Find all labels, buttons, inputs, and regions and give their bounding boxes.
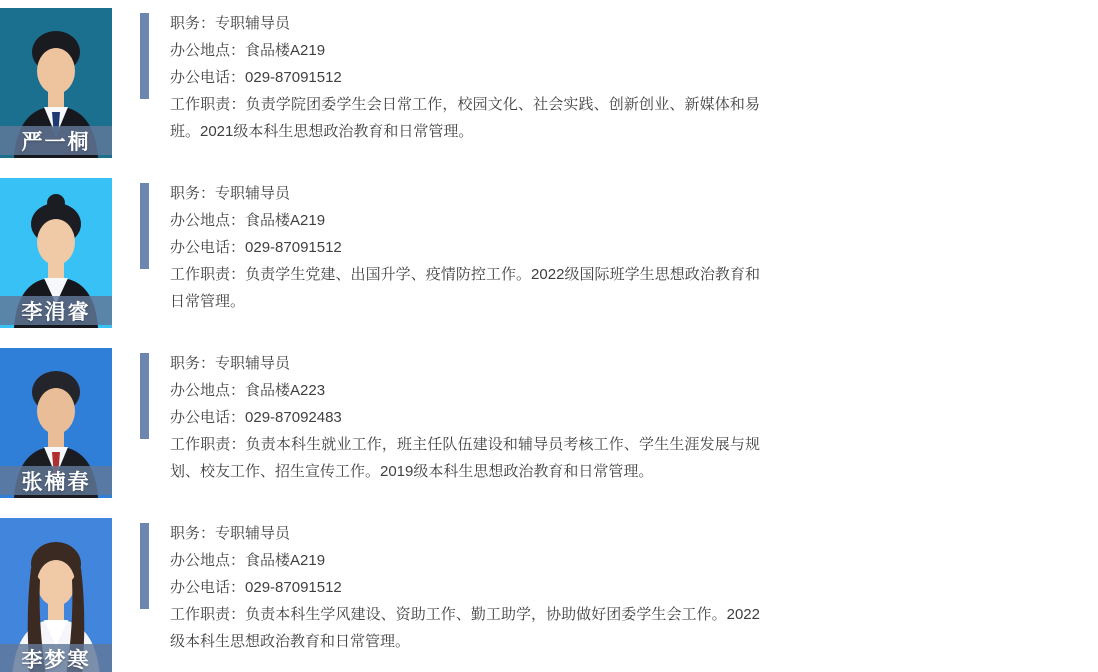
position-value: 专职辅导员 <box>215 355 290 372</box>
office-value: 食品楼A223 <box>245 382 325 399</box>
position-value: 专职辅导员 <box>215 525 290 542</box>
office-label: 办公地点： <box>170 552 245 569</box>
office-line: 办公地点：食品楼A219 <box>170 547 760 574</box>
phone-line: 办公电话：029-87092483 <box>170 404 760 431</box>
duty-value: 负责学生党建、出国升学、疫情防控工作。2022级国际班学生思想政治教育和日常管理… <box>170 266 760 310</box>
position-line: 职务：专职辅导员 <box>170 350 760 377</box>
staff-row: 李梦寒 职务：专职辅导员 办公地点：食品楼A219 办公电话：029-87091… <box>0 518 1098 672</box>
phone-label: 办公电话： <box>170 69 245 86</box>
staff-name: 张楠春 <box>0 466 112 495</box>
phone-line: 办公电话：029-87091512 <box>170 234 760 261</box>
phone-label: 办公电话： <box>170 579 245 596</box>
staff-photo: 李梦寒 <box>0 518 112 672</box>
staff-info: 职务：专职辅导员 办公地点：食品楼A223 办公电话：029-87092483 … <box>140 348 760 485</box>
office-value: 食品楼A219 <box>245 212 325 229</box>
position-label: 职务： <box>170 185 215 202</box>
staff-row: 严一桐 职务：专职辅导员 办公地点：食品楼A219 办公电话：029-87091… <box>0 8 1098 158</box>
position-label: 职务： <box>170 355 215 372</box>
staff-photo: 张楠春 <box>0 348 112 498</box>
office-line: 办公地点：食品楼A219 <box>170 207 760 234</box>
position-label: 职务： <box>170 525 215 542</box>
phone-value: 029-87091512 <box>245 579 342 596</box>
staff-name: 严一桐 <box>0 126 112 155</box>
duty-value: 负责学院团委学生会日常工作，校园文化、社会实践、创新创业、新媒体和易班。2021… <box>170 96 760 140</box>
staff-photo: 严一桐 <box>0 8 112 158</box>
staff-info: 职务：专职辅导员 办公地点：食品楼A219 办公电话：029-87091512 … <box>140 8 760 145</box>
staff-info: 职务：专职辅导员 办公地点：食品楼A219 办公电话：029-87091512 … <box>140 518 760 655</box>
staff-name: 李梦寒 <box>0 644 112 672</box>
phone-value: 029-87091512 <box>245 239 342 256</box>
duty-label: 工作职责： <box>170 436 246 453</box>
duty-line: 工作职责：负责学生党建、出国升学、疫情防控工作。2022级国际班学生思想政治教育… <box>170 261 760 315</box>
phone-label: 办公电话： <box>170 409 245 426</box>
duty-value: 负责本科生学风建设、资助工作、勤工助学，协助做好团委学生会工作。2022级本科生… <box>170 606 760 650</box>
office-label: 办公地点： <box>170 42 245 59</box>
duty-line: 工作职责：负责本科生就业工作，班主任队伍建设和辅导员考核工作、学生生涯发展与规划… <box>170 431 760 485</box>
office-line: 办公地点：食品楼A219 <box>170 37 760 64</box>
staff-info: 职务：专职辅导员 办公地点：食品楼A219 办公电话：029-87091512 … <box>140 178 760 315</box>
office-line: 办公地点：食品楼A223 <box>170 377 760 404</box>
duty-label: 工作职责： <box>170 606 245 623</box>
office-label: 办公地点： <box>170 382 245 399</box>
position-label: 职务： <box>170 15 215 32</box>
position-line: 职务：专职辅导员 <box>170 520 760 547</box>
office-value: 食品楼A219 <box>245 552 325 569</box>
phone-value: 029-87091512 <box>245 69 342 86</box>
staff-name: 李涓睿 <box>0 296 112 325</box>
duty-value: 负责本科生就业工作，班主任队伍建设和辅导员考核工作、学生生涯发展与规划、校友工作… <box>170 436 760 480</box>
phone-line: 办公电话：029-87091512 <box>170 64 760 91</box>
duty-label: 工作职责： <box>170 96 246 113</box>
phone-line: 办公电话：029-87091512 <box>170 574 760 601</box>
position-line: 职务：专职辅导员 <box>170 180 760 207</box>
duty-line: 工作职责：负责学院团委学生会日常工作，校园文化、社会实践、创新创业、新媒体和易班… <box>170 91 760 145</box>
staff-directory: 严一桐 职务：专职辅导员 办公地点：食品楼A219 办公电话：029-87091… <box>0 0 1098 672</box>
duty-line: 工作职责：负责本科生学风建设、资助工作、勤工助学，协助做好团委学生会工作。202… <box>170 601 760 655</box>
staff-row: 李涓睿 职务：专职辅导员 办公地点：食品楼A219 办公电话：029-87091… <box>0 178 1098 328</box>
position-value: 专职辅导员 <box>215 15 290 32</box>
position-value: 专职辅导员 <box>215 185 290 202</box>
office-value: 食品楼A219 <box>245 42 325 59</box>
position-line: 职务：专职辅导员 <box>170 10 760 37</box>
phone-value: 029-87092483 <box>245 409 342 426</box>
staff-photo: 李涓睿 <box>0 178 112 328</box>
phone-label: 办公电话： <box>170 239 245 256</box>
office-label: 办公地点： <box>170 212 245 229</box>
duty-label: 工作职责： <box>170 266 245 283</box>
staff-row: 张楠春 职务：专职辅导员 办公地点：食品楼A223 办公电话：029-87092… <box>0 348 1098 498</box>
